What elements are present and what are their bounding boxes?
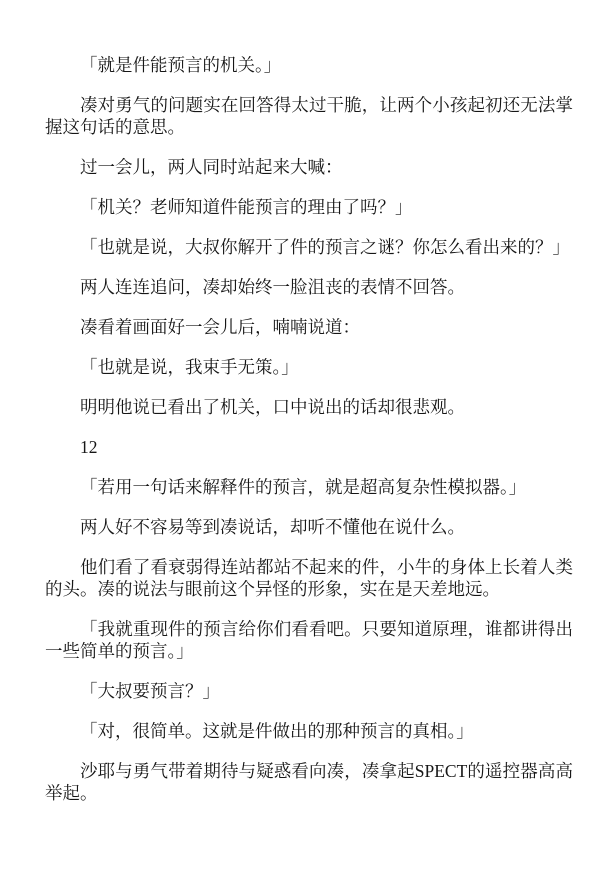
paragraph-dialogue-4: 「也就是说，我束手无策。」: [45, 356, 573, 378]
paragraph-narration-4: 凑看着画面好一会儿后，喃喃说道：: [45, 316, 573, 338]
paragraph-narration-2: 过一会儿，两人同时站起来大喊：: [45, 156, 573, 178]
book-page: 「就是件能预言的机关。」 凑对勇气的问题实在回答得太过干脆，让两个小孩起初还无法…: [0, 0, 613, 869]
paragraph-narration-5: 明明他说已看出了机关，口中说出的话却很悲观。: [45, 396, 573, 418]
paragraph-dialogue-2: 「机关？老师知道件能预言的理由了吗？」: [45, 196, 573, 218]
paragraph-dialogue-3: 「也就是说，大叔你解开了件的预言之谜？你怎么看出来的？」: [45, 236, 573, 258]
paragraph-narration-8: 沙耶与勇气带着期待与疑惑看向凑，凑拿起SPECT的遥控器高高举起。: [45, 760, 573, 804]
paragraph-narration-1: 凑对勇气的问题实在回答得太过干脆，让两个小孩起初还无法掌握这句话的意思。: [45, 94, 573, 138]
paragraph-narration-6: 两人好不容易等到凑说话，却听不懂他在说什么。: [45, 516, 573, 538]
paragraph-dialogue-1: 「就是件能预言的机关。」: [45, 54, 573, 76]
paragraph-narration-3: 两人连连追问，凑却始终一脸沮丧的表情不回答。: [45, 276, 573, 298]
paragraph-dialogue-6: 「我就重现件的预言给你们看看吧。只要知道原理，谁都讲得出一些简单的预言。」: [45, 618, 573, 662]
paragraph-dialogue-8: 「对，很简单。这就是件做出的那种预言的真相。」: [45, 720, 573, 742]
paragraph-dialogue-5: 「若用一句话来解释件的预言，就是超高复杂性模拟器。」: [45, 476, 573, 498]
paragraph-narration-7: 他们看了看衰弱得连站都站不起来的件，小牛的身体上长着人类的头。凑的说法与眼前这个…: [45, 556, 573, 600]
section-number: 12: [45, 436, 573, 458]
paragraph-dialogue-7: 「大叔要预言？」: [45, 680, 573, 702]
